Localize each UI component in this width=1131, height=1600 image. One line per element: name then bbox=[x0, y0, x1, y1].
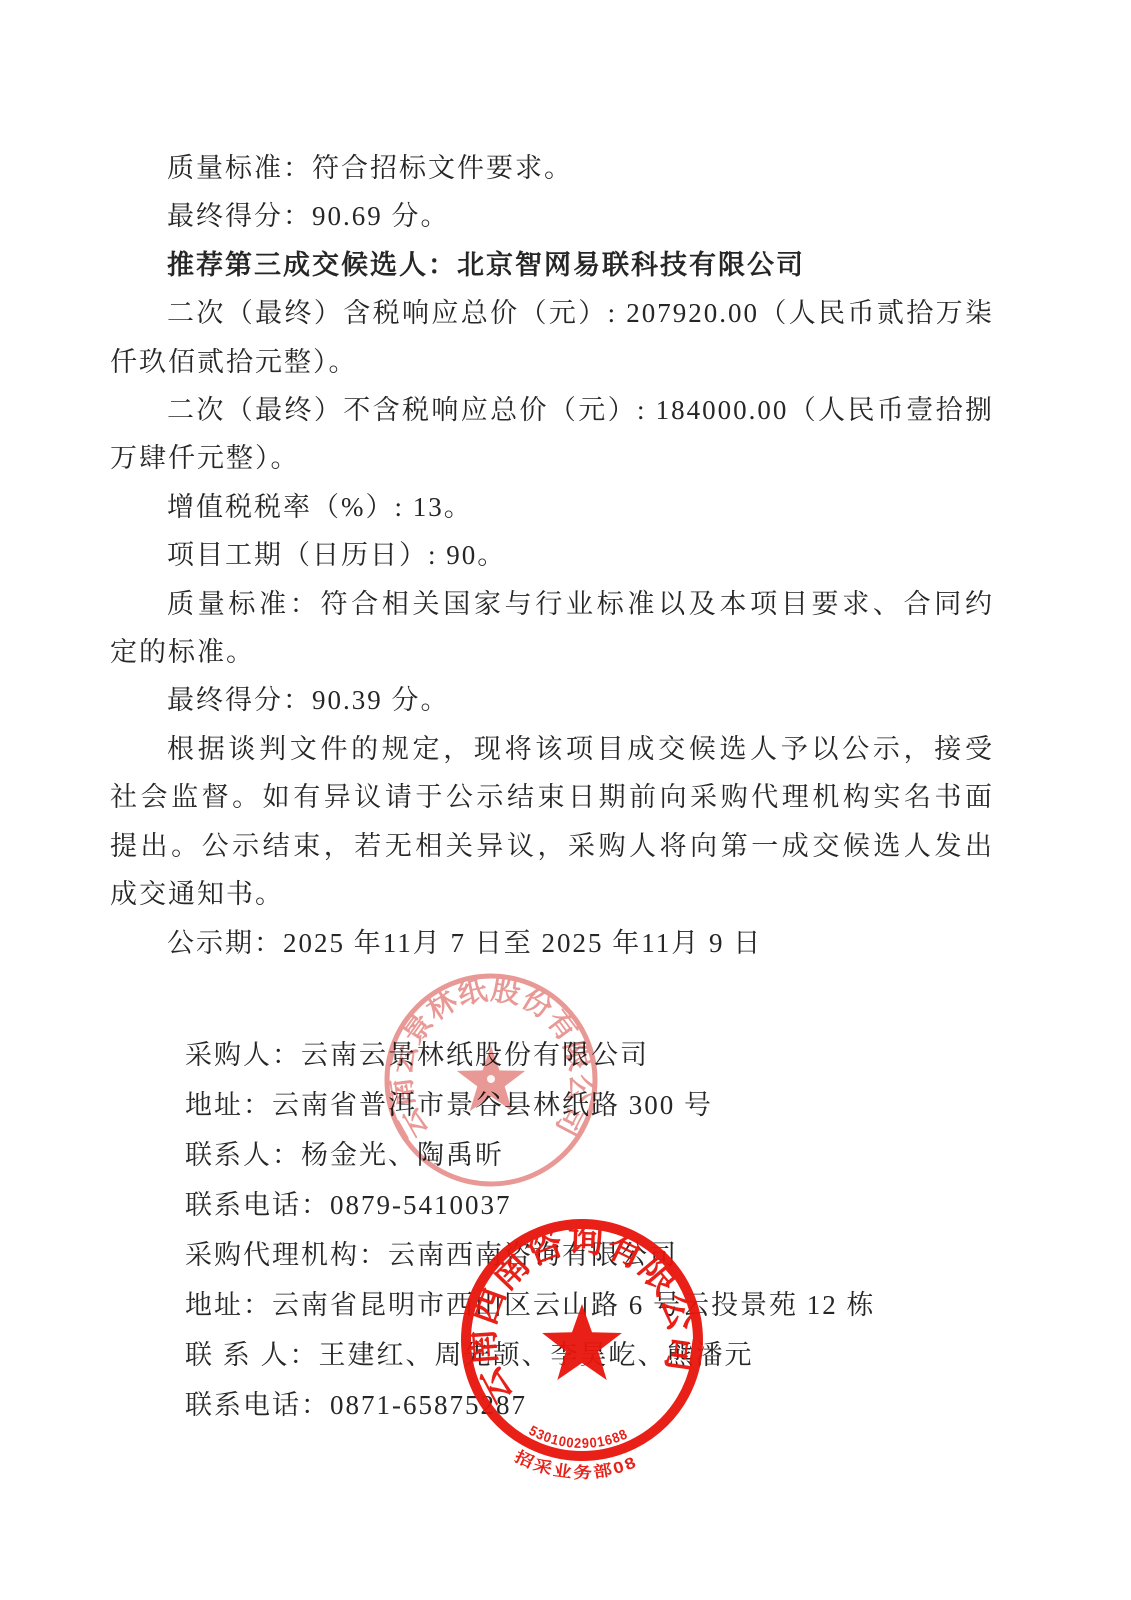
agency-seal-department: 招采业务部08 bbox=[511, 1446, 641, 1480]
document-page: 质量标准：符合招标文件要求。 最终得分：90.69 分。 推荐第三成交候选人：北… bbox=[0, 0, 1131, 1600]
agency-name-line: 采购代理机构：云南西南咨询有限公司 bbox=[110, 1230, 1030, 1280]
buyer-name-line: 采购人：云南云景林纸股份有限公司 bbox=[110, 1030, 1030, 1080]
buyer-contact-line: 联系人：杨金光、陶禹昕 bbox=[110, 1130, 1030, 1180]
body-line: 质量标准：符合相关国家与行业标准以及本项目要求、合同约 bbox=[110, 580, 994, 628]
document-body: 质量标准：符合招标文件要求。 最终得分：90.69 分。 推荐第三成交候选人：北… bbox=[110, 144, 994, 967]
body-line: 根据谈判文件的规定，现将该项目成交候选人予以公示，接受 bbox=[110, 725, 994, 773]
buyer-address-line: 地址：云南省普洱市景谷县林纸路 300 号 bbox=[110, 1080, 1030, 1130]
body-line: 社会监督。如有异议请于公示结束日期前向采购代理机构实名书面 bbox=[110, 773, 994, 821]
buyer-phone-line: 联系电话：0879-5410037 bbox=[110, 1180, 1030, 1230]
body-line: 最终得分：90.69 分。 bbox=[110, 192, 994, 240]
body-line: 二次（最终）不含税响应总价（元）: 184000.00（人民币壹拾捌 bbox=[110, 386, 994, 434]
body-line: 定的标准。 bbox=[110, 628, 994, 676]
publicity-period-line: 公示期：2025 年11月 7 日至 2025 年11月 9 日 bbox=[110, 919, 994, 967]
body-line: 仟玖佰贰拾元整）。 bbox=[110, 338, 994, 386]
body-line: 成交通知书。 bbox=[110, 870, 994, 918]
agency-address-line: 地址：云南省昆明市西山区云山路 6 号云投景苑 12 栋 bbox=[110, 1280, 1030, 1330]
body-line: 增值税税率（%）: 13。 bbox=[110, 483, 994, 531]
body-line: 提出。公示结束，若无相关异议，采购人将向第一成交候选人发出 bbox=[110, 822, 994, 870]
agency-contact-line: 联 系 人：王建红、周先颉、李昊屹、熊潘元 bbox=[110, 1330, 1030, 1380]
agency-phone-line: 联系电话：0871-65875287 bbox=[110, 1380, 1030, 1430]
contact-block: 采购人：云南云景林纸股份有限公司 地址：云南省普洱市景谷县林纸路 300 号 联… bbox=[110, 1030, 1030, 1430]
body-line: 最终得分：90.39 分。 bbox=[110, 676, 994, 724]
svg-text:招采业务部08: 招采业务部08 bbox=[511, 1446, 641, 1480]
body-line: 质量标准：符合招标文件要求。 bbox=[110, 144, 994, 192]
body-line: 二次（最终）含税响应总价（元）: 207920.00（人民币贰拾万柒 bbox=[110, 289, 994, 337]
body-line: 项目工期（日历日）: 90。 bbox=[110, 531, 994, 579]
body-line-heading: 推荐第三成交候选人：北京智网易联科技有限公司 bbox=[110, 241, 994, 289]
body-line: 万肆仟元整）。 bbox=[110, 434, 994, 482]
